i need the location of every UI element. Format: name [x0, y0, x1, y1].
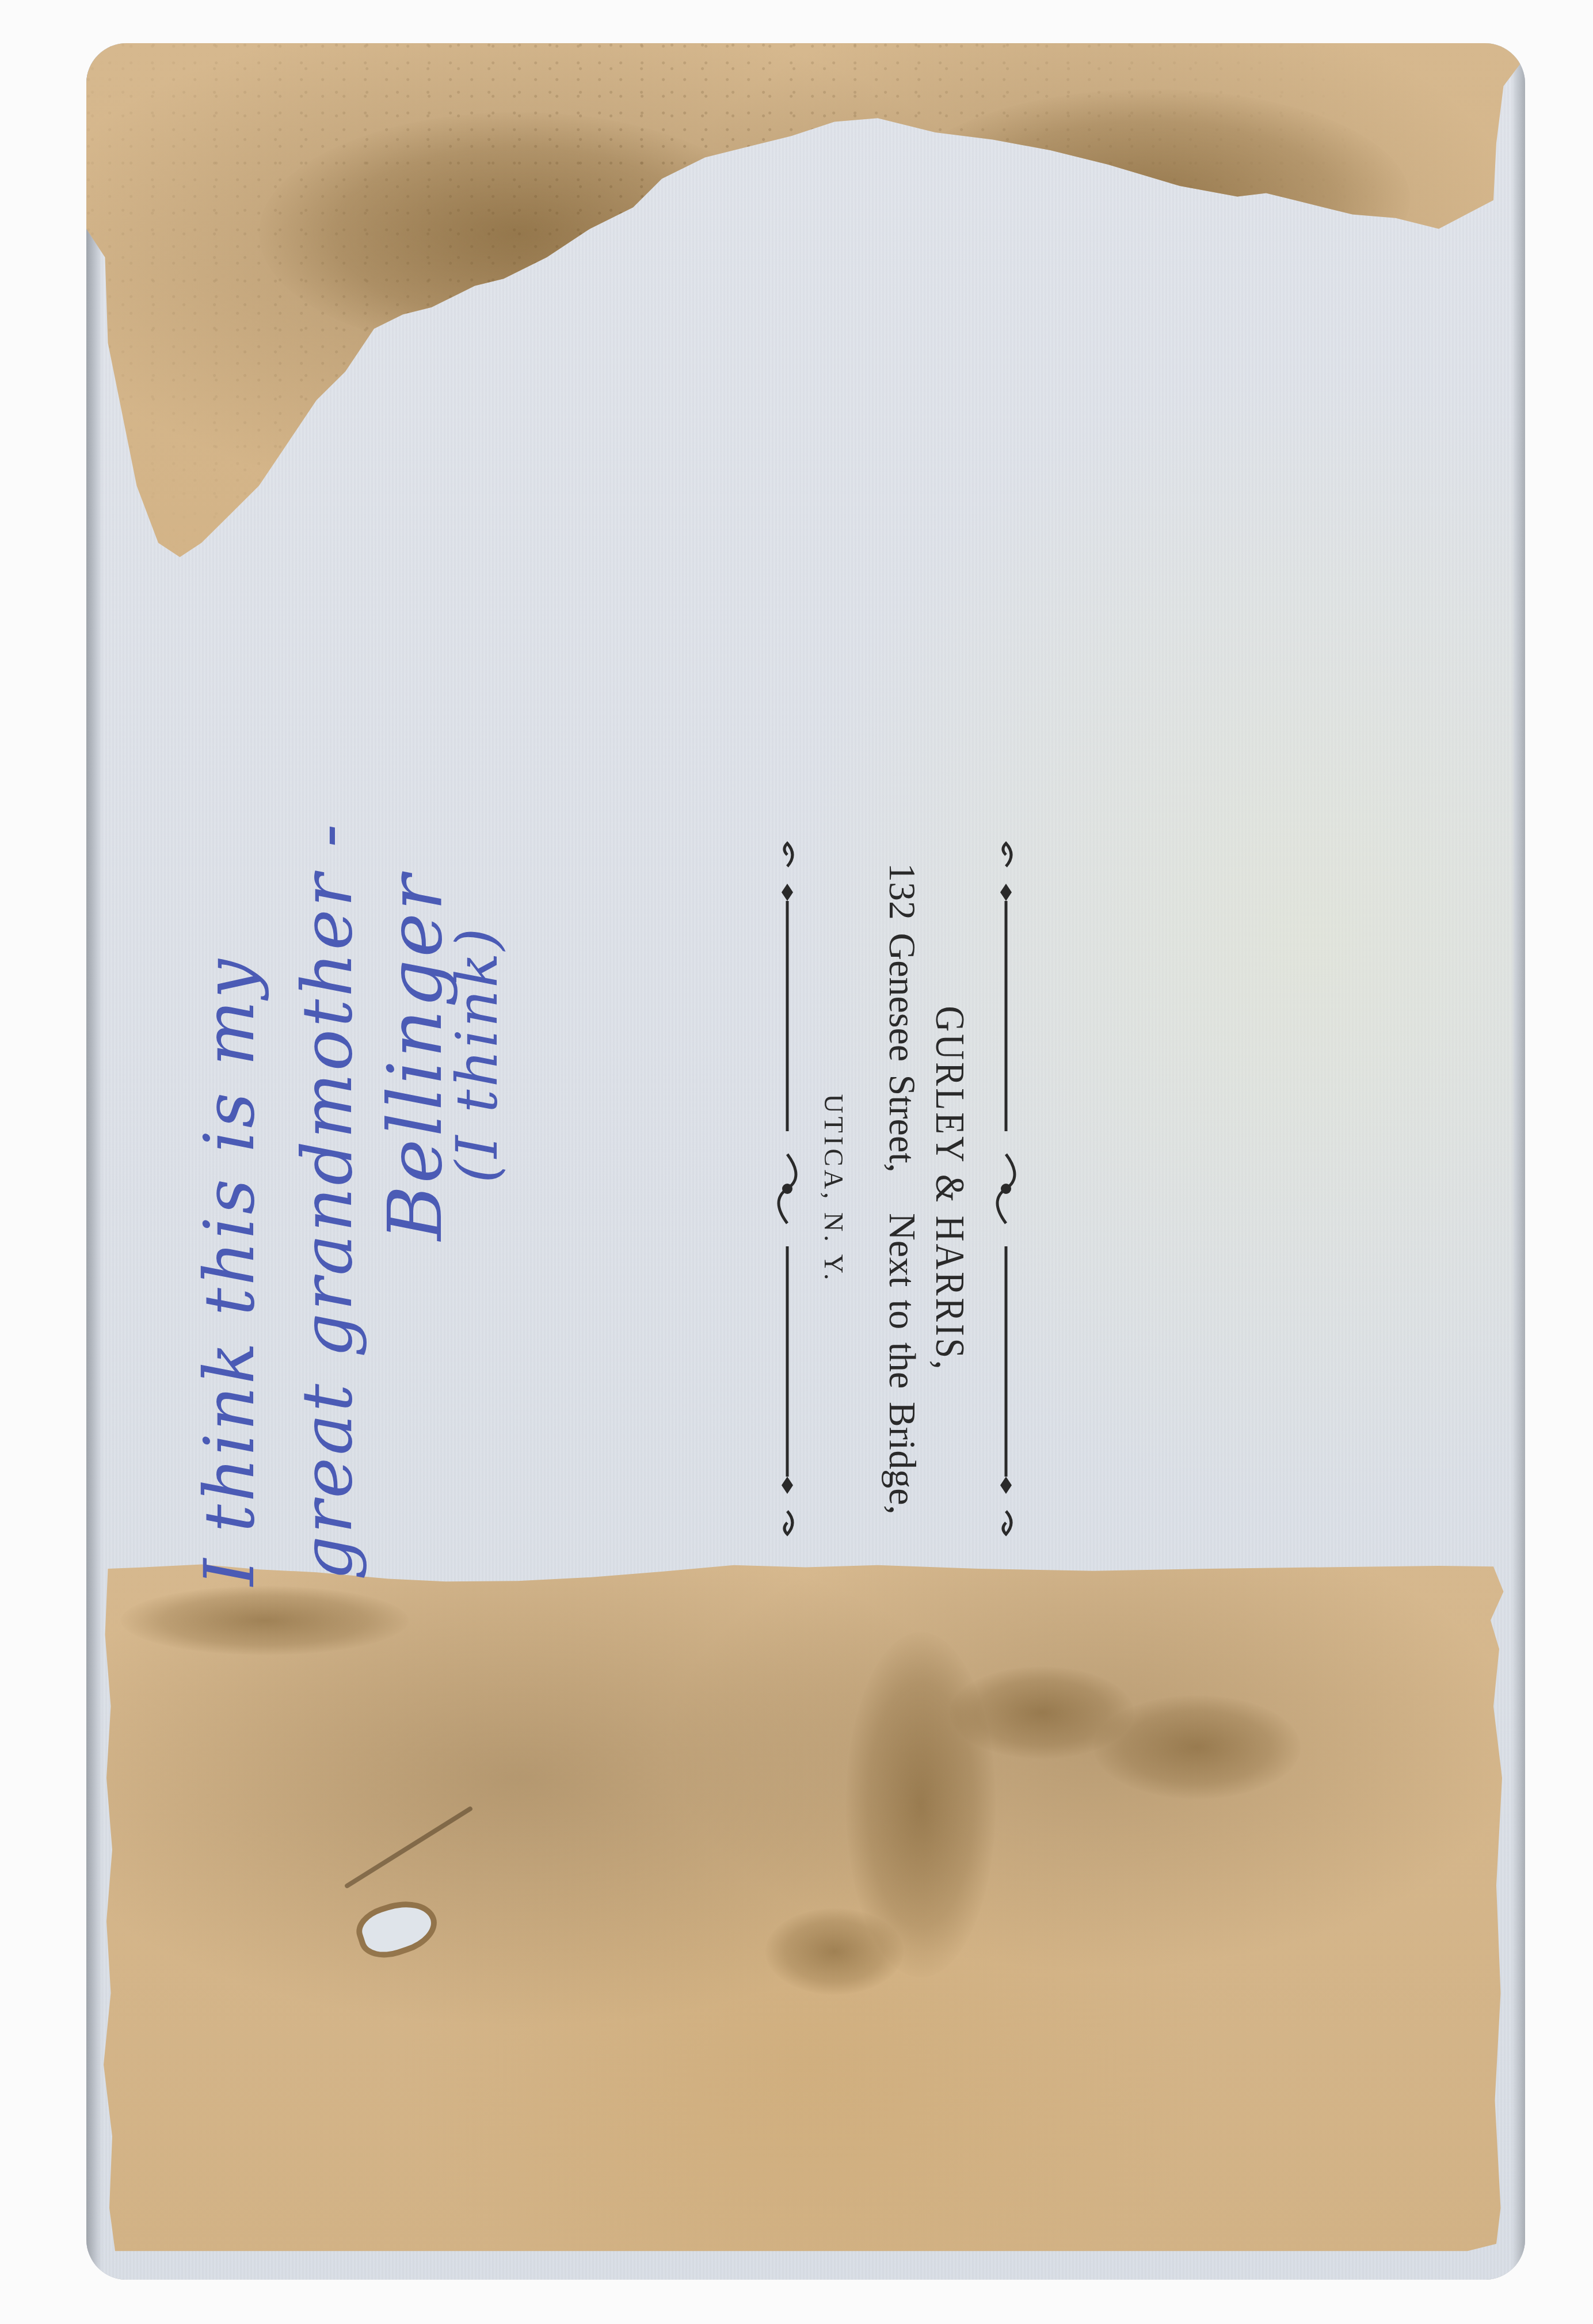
water-stain [765, 1908, 904, 1995]
firm-name: GURLEY & HARRIS, [926, 832, 973, 1546]
torn-paper-bottom [86, 1563, 1525, 2280]
water-stain [1093, 1695, 1301, 1799]
city-state: UTICA, N. Y. [818, 832, 849, 1546]
card-edge-right [1511, 43, 1525, 2280]
note-line-1: I think this is my [190, 957, 270, 1586]
note-line-4: (I think) [443, 926, 510, 1183]
location-note: Next to the Bridge, [881, 1213, 923, 1515]
handwritten-note: I think this is my great grandmother - B… [173, 734, 518, 1597]
photographer-imprint: GURLEY & HARRIS, 132 Genesee Street,Next… [788, 832, 1042, 1546]
address-line: 132 Genesee Street,Next to the Bridge, [880, 832, 924, 1546]
ornamental-rule-icon [993, 832, 1019, 1546]
note-line-2: great grandmother - [288, 821, 368, 1580]
street-address: 132 Genesee Street, [881, 863, 923, 1173]
ornamental-rule-icon [775, 832, 800, 1546]
card-edge-left [86, 43, 102, 2280]
cabinet-card-back: GURLEY & HARRIS, 132 Genesee Street,Next… [86, 43, 1525, 2280]
